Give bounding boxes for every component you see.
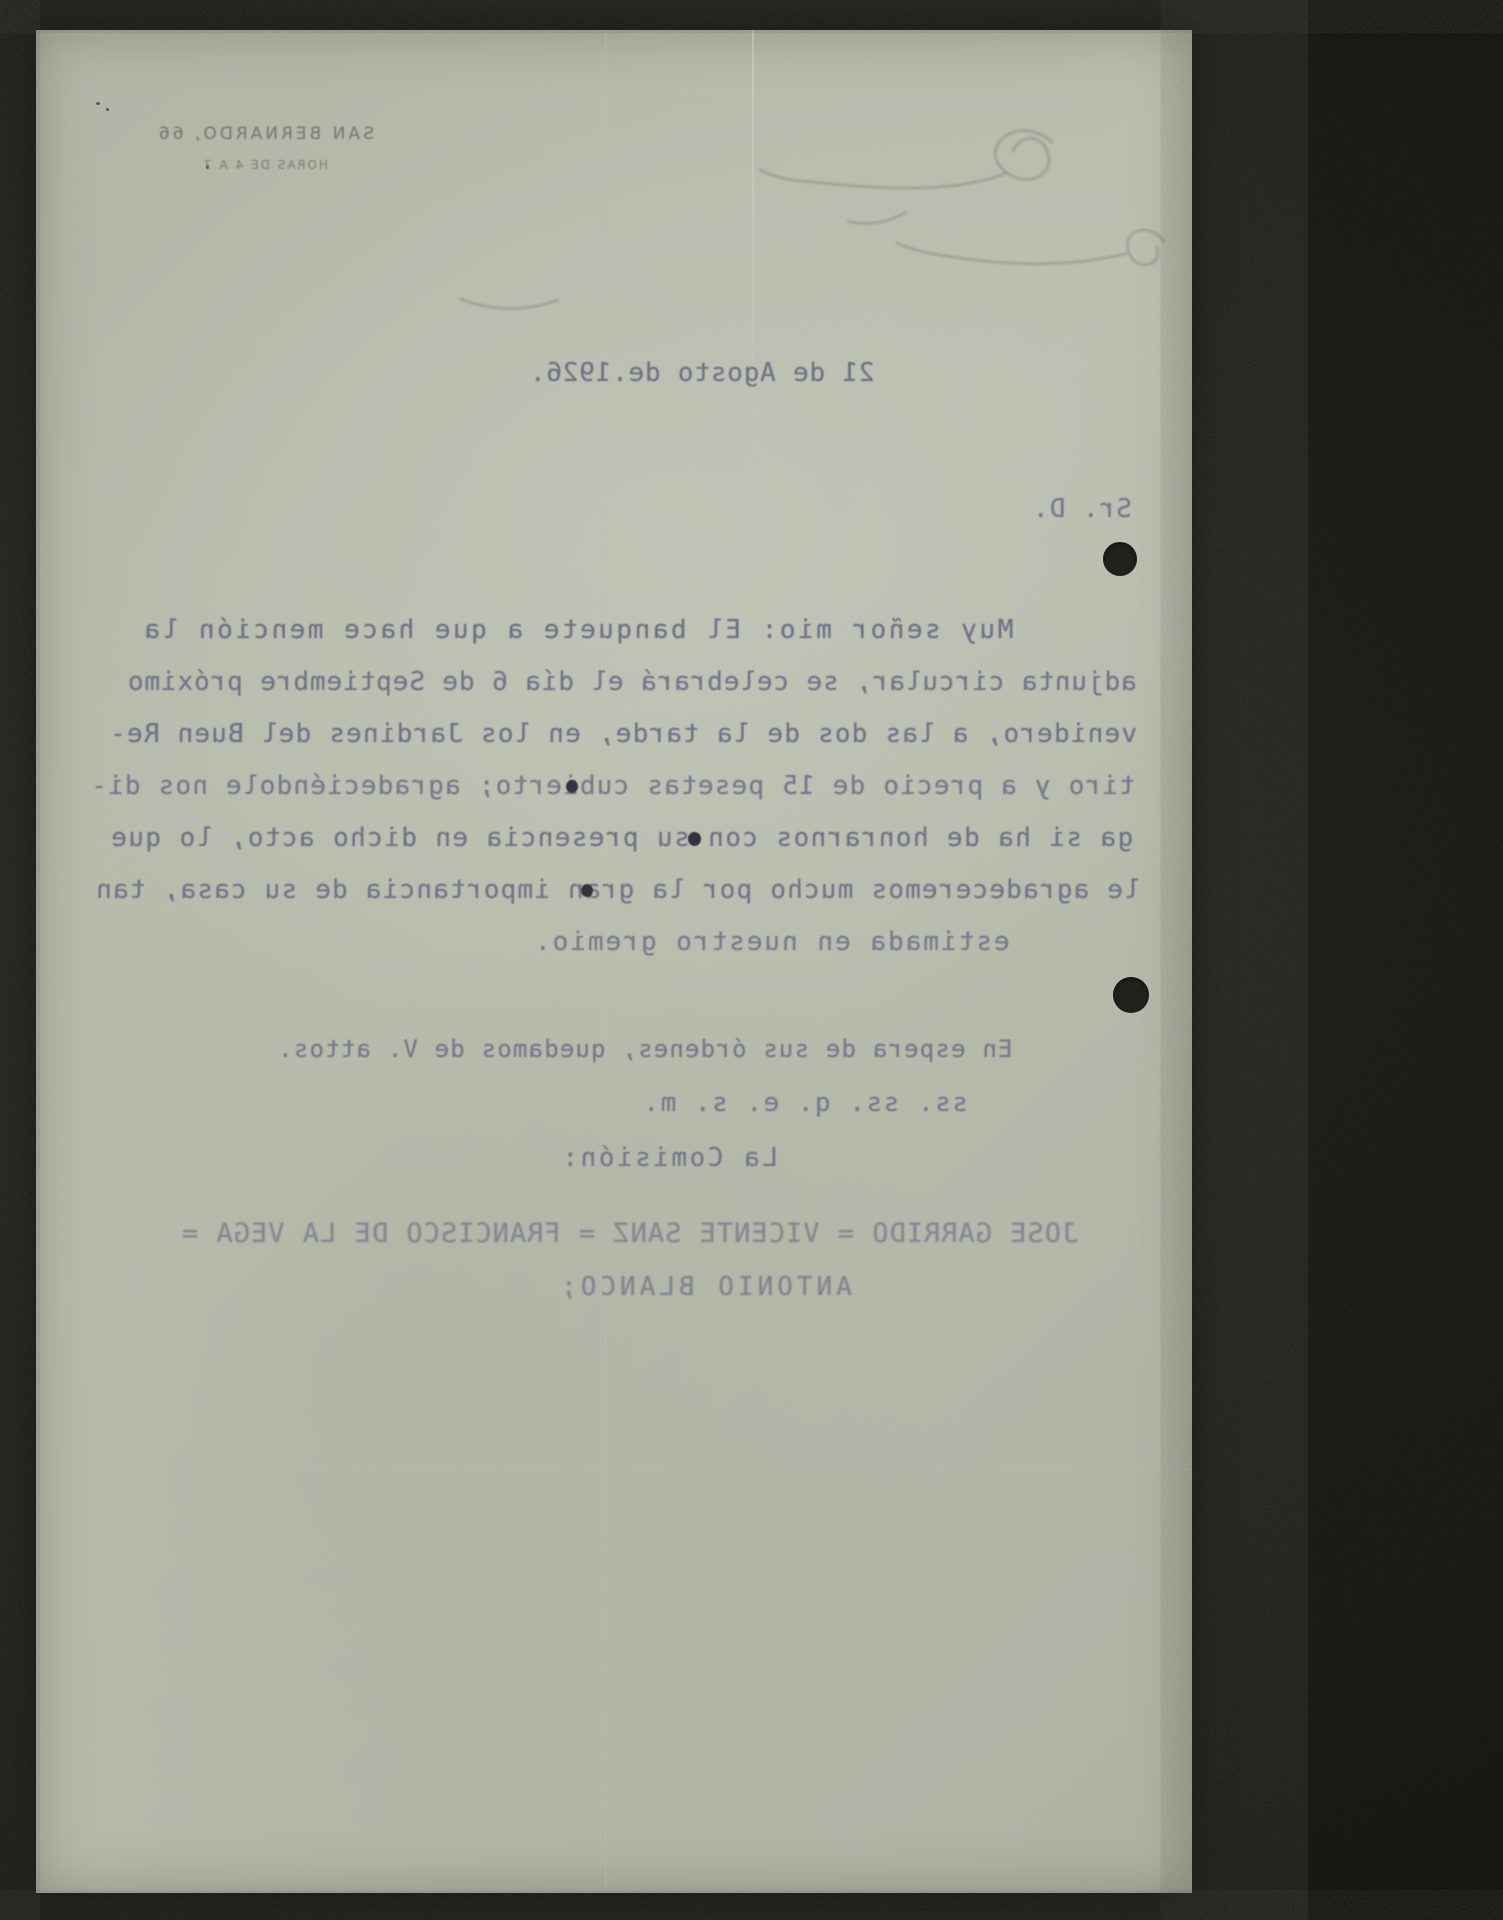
letterhead-address-line2: HORAS DE 4 A 7: [118, 158, 412, 172]
body-line: Muy señor mio: El banquete a que hace me…: [142, 615, 1013, 645]
closing-line: En espera de sus órdenes, quedamos de V.…: [277, 1035, 1013, 1063]
salutation: Sr. D.: [1032, 494, 1132, 524]
body-line: estimada en nuestro gremio.: [533, 927, 1010, 957]
letterhead-address-block: SAN BERNARDO, 66 HORAS DE 4 A 7: [118, 124, 412, 172]
paper-speck: [96, 102, 100, 105]
ink-blot: [581, 884, 593, 897]
closing-line: ss. ss. q. e. s. m.: [642, 1088, 968, 1118]
letterhead-address-line1: SAN BERNARDO, 66: [118, 124, 412, 144]
body-line: venidero, a las dos de la tarde, en los …: [109, 719, 1137, 749]
punch-hole: [1103, 542, 1137, 576]
punch-hole: [1113, 977, 1149, 1013]
paper-speck: [106, 108, 109, 111]
body-line: ga si ha de honrarnos con su presencia e…: [110, 823, 1133, 853]
scanned-letter-page: { "meta": { "orientation_note": "verso o…: [0, 0, 1503, 1920]
body-line: le agradeceremos mucho por la gran impor…: [95, 875, 1140, 905]
ink-blot: [566, 780, 578, 793]
body-line: tiro y a precio de 15 pesetas cubierto; …: [90, 771, 1135, 801]
paper-sheet: [36, 30, 1192, 1893]
signature-line: JOSE GARRIDO = VICENTE SANZ = FRANCISCO …: [181, 1218, 1078, 1249]
date-line: 21 de Agosto de.1926.: [529, 358, 875, 388]
body-line: adjunta circular, se celebrará el día 6 …: [127, 667, 1137, 697]
horizontal-fold-crease: [36, 1468, 1192, 1471]
signature-line: ANTONIO BLANCO;: [557, 1272, 852, 1302]
vertical-fold-crease: [604, 30, 607, 1893]
committee-label: La Comisión:: [560, 1143, 778, 1173]
scan-streak: [752, 30, 754, 460]
ink-blot: [688, 832, 701, 846]
